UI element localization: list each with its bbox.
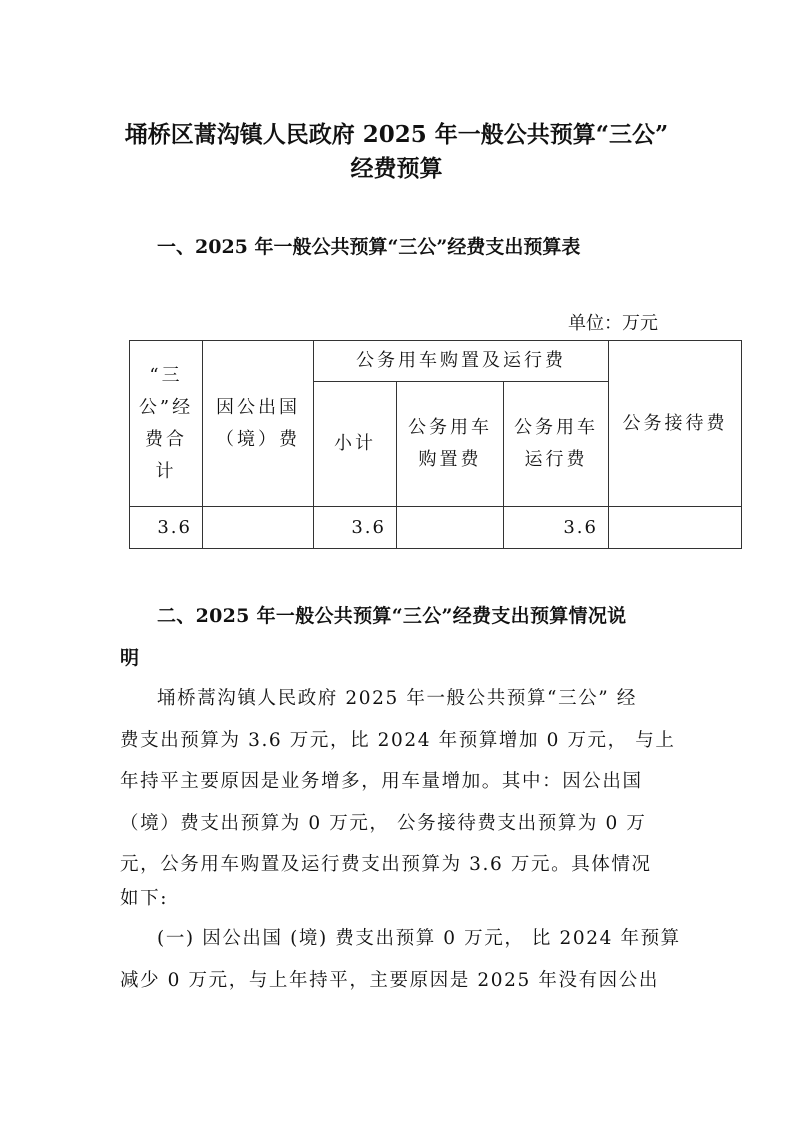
section-2-heading-line-2: 明 [120, 643, 139, 670]
cell-reception [609, 507, 742, 549]
header-vehicle-operation: 公务用车 运行费 [504, 382, 609, 507]
paragraph-line: 费支出预算为 3.6 万元，比 2024 年预算增加 0 万元， 与上 [120, 726, 675, 752]
subsection-1-line: 减少 0 万元，与上年持平，主要原因是 2025 年没有因公出 [120, 966, 659, 992]
paragraph-line: 埇桥蒿沟镇人民政府 2025 年一般公共预算“三公” 经 [157, 684, 637, 710]
paragraph-line: 年持平主要原因是业务增多，用车量增加。其中：因公出国 [120, 767, 643, 793]
header-vehicle-purchase: 公务用车 购置费 [397, 382, 504, 507]
header-subtotal: 小计 [314, 382, 397, 507]
unit-label: 单位：万元 [568, 309, 658, 335]
section-2-heading-line-1: 二、2025 年一般公共预算“三公”经费支出预算情况说 [157, 601, 626, 628]
header-reception: 公务接待费 [609, 341, 742, 507]
cell-subtotal: 3.6 [314, 507, 397, 549]
document-title-line-2: 经费预算 [0, 150, 793, 183]
cell-total: 3.6 [130, 507, 203, 549]
header-total: “三 公”经 费合 计 [130, 341, 203, 507]
document-title-line-1: 埇桥区蒿沟镇人民政府 2025 年一般公共预算“三公” [0, 116, 793, 149]
paragraph-line: 如下: [120, 884, 168, 910]
paragraph-line: 元，公务用车购置及运行费支出预算为 3.6 万元。具体情况 [120, 850, 652, 876]
header-overseas: 因公出国 （境）费 [203, 341, 314, 507]
header-vehicle-group: 公务用车购置及运行费 [314, 341, 609, 382]
subsection-1-line: (一) 因公出国 (境) 费支出预算 0 万元， 比 2024 年预算 [157, 924, 681, 950]
cell-overseas [203, 507, 314, 549]
section-1-heading: 一、2025 年一般公共预算“三公”经费支出预算表 [157, 232, 580, 259]
cell-vehicle-purchase [397, 507, 504, 549]
cell-vehicle-operation: 3.6 [504, 507, 609, 549]
three-public-expenses-table: “三 公”经 费合 计 因公出国 （境）费 公务用车购置及运行费 公务接待费 小… [129, 340, 742, 549]
paragraph-line: （境）费支出预算为 0 万元， 公务接待费支出预算为 0 万 [120, 809, 646, 835]
table-row: 3.6 3.6 3.6 [130, 507, 742, 549]
